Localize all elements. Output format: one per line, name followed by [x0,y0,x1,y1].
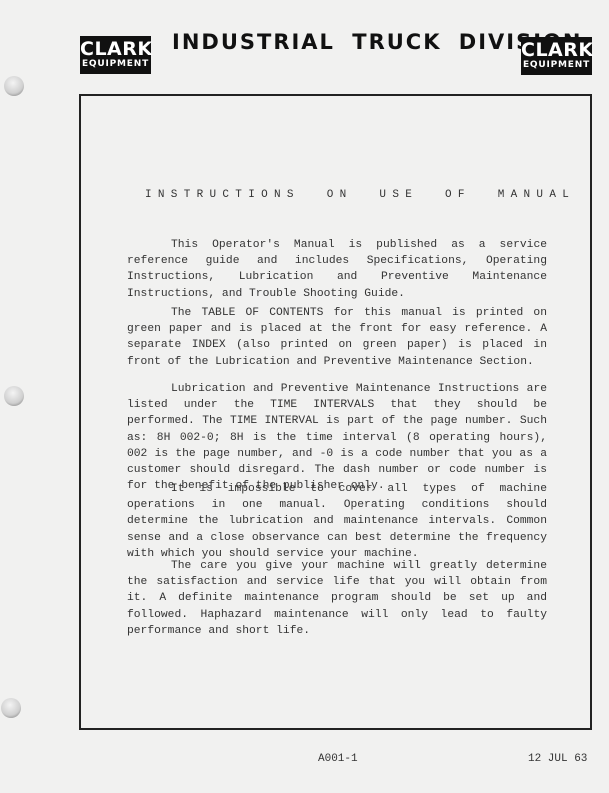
paragraph-intro: This Operator's Manual is published as a… [127,237,547,302]
paragraph-text: Lubrication and Preventive Maintenance I… [127,383,547,492]
binder-hole-middle [4,386,24,406]
logo-wordmark: CLARK [80,39,151,59]
clark-logo-right: CLARK EQUIPMENT [521,37,592,75]
logo-subtext: EQUIPMENT [80,59,151,70]
paragraph-table-of-contents: The TABLE OF CONTENTS for this manual is… [127,305,547,370]
clark-logo-left: CLARK EQUIPMENT [80,36,151,74]
page-number: A001-1 [318,753,358,765]
logo-wordmark: CLARK [521,40,592,60]
section-title: INSTRUCTIONS ON USE OF MANUAL [145,189,575,201]
paragraph-time-intervals: Lubrication and Preventive Maintenance I… [127,381,547,494]
paragraph-text: The TABLE OF CONTENTS for this manual is… [127,307,547,368]
paragraph-text: This Operator's Manual is published as a… [127,239,547,300]
revision-date: 12 JUL 63 [528,753,587,765]
paragraph-operating-conditions: It is impossible to cover all types of m… [127,481,547,562]
binder-hole-bottom [1,698,21,718]
logo-subtext: EQUIPMENT [521,60,592,71]
paragraph-text: It is impossible to cover all types of m… [127,483,547,560]
paragraph-text: The care you give your machine will grea… [127,560,547,637]
binder-hole-top [4,76,24,96]
paragraph-maintenance-care: The care you give your machine will grea… [127,558,547,639]
